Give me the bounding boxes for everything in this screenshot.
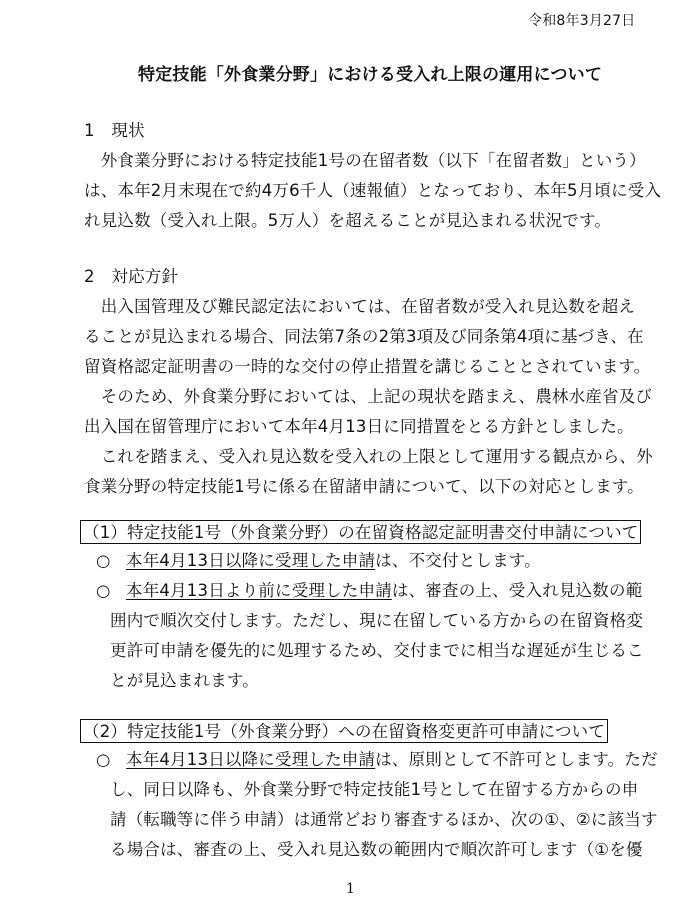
paragraph-line: れ見込数（受入れ上限。5万人）を超えることが見込まれる状況です。 bbox=[84, 210, 611, 232]
paragraph-line: は、本年2月末現在で約4万6千人（速報値）となっており、本年5月頃に受入 bbox=[84, 180, 661, 202]
bullet-item: ○本年4月13日以降に受理した申請は、不交付とします。 bbox=[96, 550, 541, 572]
page-number: 1 bbox=[346, 878, 355, 900]
underlined-condition: 本年4月13日以降に受理した申請 bbox=[126, 750, 375, 769]
paragraph-line: そのため、外食業分野においては、上記の現状を踏まえ、農林水産省及び bbox=[84, 386, 652, 408]
subsection-2-heading: （2）特定技能1号（外食業分野）への在留資格変更許可申請について bbox=[80, 719, 608, 743]
bullet-continuation: る場合は、審査の上、受入れ見込数の範囲内で順次許可します（①を優 bbox=[110, 839, 643, 861]
bullet-marker: ○ bbox=[96, 580, 126, 602]
bullet-text: は、不交付とします。 bbox=[375, 551, 541, 570]
bullet-continuation: し、同日以降も、外食業分野で特定技能1号として在留する方からの申 bbox=[110, 779, 638, 801]
bullet-continuation: 請（転職等に伴う申請）は通常どおり審査するほか、次の①、②に該当す bbox=[110, 809, 658, 831]
underlined-condition: 本年4月13日より前に受理した申請 bbox=[126, 581, 392, 600]
bullet-continuation: 囲内で順次交付します。ただし、現に在留している方からの在留資格変 bbox=[110, 610, 643, 632]
section-2-heading: 2 対応方針 bbox=[84, 266, 178, 288]
document-page: 令和8年3月27日 特定技能「外食業分野」における受入れ上限の運用について 1 … bbox=[0, 0, 700, 914]
document-title: 特定技能「外食業分野」における受入れ上限の運用について bbox=[138, 64, 602, 86]
document-date: 令和8年3月27日 bbox=[528, 10, 635, 32]
bullet-item: ○本年4月13日より前に受理した申請は、審査の上、受入れ見込数の範 bbox=[96, 580, 642, 602]
paragraph-line: 外食業分野における特定技能1号の在留者数（以下「在留者数」という） bbox=[84, 150, 646, 172]
bullet-marker: ○ bbox=[96, 749, 126, 771]
paragraph-line: ることが見込まれる場合、同法第7条の2第3項及び同条第4項に基づき、在 bbox=[84, 326, 644, 348]
paragraph-line: これを踏まえ、受入れ見込数を受入れの上限として運用する観点から、外 bbox=[84, 446, 653, 468]
bullet-continuation: とが見込まれます。 bbox=[110, 670, 259, 692]
paragraph-line: 出入国在留管理庁において本年4月13日に同措置をとる方針としました。 bbox=[84, 416, 634, 438]
bullet-continuation: 更許可申請を優先的に処理するため、交付までに相当な遅延が生じるこ bbox=[110, 640, 644, 662]
paragraph-line: 出入国管理及び難民認定法においては、在留者数が受入れ見込数を超え bbox=[84, 296, 635, 318]
bullet-text: は、審査の上、受入れ見込数の範 bbox=[392, 581, 643, 600]
bullet-item: ○本年4月13日以降に受理した申請は、原則として不許可とします。ただ bbox=[96, 749, 658, 771]
paragraph-line: 留資格認定証明書の一時的な交付の停止措置を講じることとされています。 bbox=[84, 356, 650, 378]
section-1-heading: 1 現状 bbox=[84, 120, 145, 142]
paragraph-line: 食業分野の特定技能1号に係る在留諸申請について、以下の対応とします。 bbox=[84, 476, 644, 498]
bullet-marker: ○ bbox=[96, 550, 126, 572]
bullet-text: は、原則として不許可とします。ただ bbox=[375, 750, 658, 769]
subsection-1-heading: （1）特定技能1号（外食業分野）の在留資格認定証明書交付申請について bbox=[80, 520, 641, 544]
underlined-condition: 本年4月13日以降に受理した申請 bbox=[126, 551, 375, 570]
